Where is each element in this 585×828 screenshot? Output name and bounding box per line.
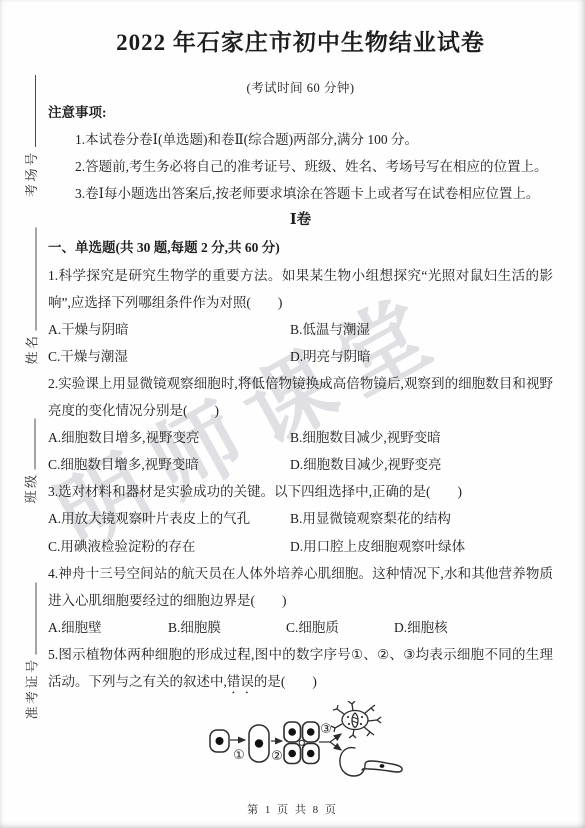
sidebar-field-name: 姓名 xyxy=(19,228,41,365)
option: A.用放大镜观察叶片表皮上的气孔 xyxy=(48,505,290,532)
exam-content: 注意事项: 1.本试卷分卷Ⅰ(单选题)和卷Ⅱ(综合题)两部分,满分 100 分。… xyxy=(48,99,553,789)
sidebar-field-admission-number: 准考证号 xyxy=(19,583,41,720)
page-title: 2022 年石家庄市初中生物结业试卷 xyxy=(48,24,553,57)
circled-step-3: ③ xyxy=(320,722,332,737)
fill-in-line xyxy=(35,419,36,470)
notice-heading: 注意事项: xyxy=(48,99,553,126)
question-2-options: A.细胞数目增多,视野变亮 B.细胞数目减少,视野变暗 xyxy=(48,424,553,451)
option: C.用碘液检验淀粉的存在 xyxy=(48,533,290,560)
divided-cells xyxy=(284,722,319,764)
sidebar-field-class: 班级 xyxy=(18,419,40,504)
sidebar-field-exam-room: 考场号 xyxy=(18,75,40,197)
grown-cell xyxy=(249,725,269,762)
exam-paper-page: 明师课堂 考场号 姓名 班级 准考证号 2022 年石家庄市初中生物结业试卷 (… xyxy=(0,0,585,828)
cell-division-diagram: ① ② ③ xyxy=(205,701,435,789)
question-3-options: C.用碘液检验淀粉的存在 D.用口腔上皮细胞观察叶绿体 xyxy=(48,533,553,560)
option: A.干燥与阴暗 xyxy=(48,316,290,343)
name-label: 姓名 xyxy=(22,333,41,364)
question-4-options: A.细胞壁 B.细胞膜 C.细胞质 D.细胞核 xyxy=(48,614,553,641)
option: D.明亮与阴暗 xyxy=(290,343,553,370)
question-4-stem: 4.神舟十三号空间站的航天员在人体外培养心肌细胞。这种情况下,水和其他营养物质进… xyxy=(48,560,553,614)
notice-item: 2.答题前,考生务必将自己的准考证号、班级、姓名、考场号写在相应的位置上。 xyxy=(48,153,553,180)
option: C.干燥与潮湿 xyxy=(48,343,290,370)
fill-in-line xyxy=(36,583,37,655)
option: A.细胞壁 xyxy=(48,614,168,641)
option: C.细胞数目增多,视野变暗 xyxy=(48,451,290,478)
option: B.细胞膜 xyxy=(168,614,286,641)
question-5-stem: 5.图示植物体两种细胞的形成过程,图中的数字序号①、②、③均表示细胞不同的生理活… xyxy=(48,641,553,697)
exam-duration: (考试时间 60 分钟) xyxy=(48,78,553,96)
initial-cell xyxy=(210,730,229,752)
option: B.用显微镜观察梨花的结构 xyxy=(290,505,553,532)
option: B.低温与潮湿 xyxy=(290,316,553,343)
question-2-stem: 2.实验课上用显微镜观察细胞时,将低倍物镜换成高倍物镜后,观察到的细胞数目和视野… xyxy=(48,370,553,424)
section-heading: 一、单选题(共 30 题,每题 2 分,共 60 分) xyxy=(48,234,553,261)
class-label: 班级 xyxy=(21,472,40,503)
tube-cell xyxy=(340,748,402,776)
question-2-options: C.细胞数目增多,视野变暗 D.细胞数目减少,视野变亮 xyxy=(48,451,553,478)
question-1-options: A.干燥与阴暗 B.低温与潮湿 xyxy=(48,316,553,343)
option: D.细胞核 xyxy=(394,614,553,641)
question-1-options: C.干燥与潮湿 D.明亮与阴暗 xyxy=(48,343,553,370)
notice-item: 1.本试卷分卷Ⅰ(单选题)和卷Ⅱ(综合题)两部分,满分 100 分。 xyxy=(48,126,553,153)
volume-heading: Ⅰ卷 xyxy=(48,207,553,234)
circled-step-1: ① xyxy=(233,748,245,763)
page-number: 第 1 页 共 8 页 xyxy=(0,801,585,817)
option: D.细胞数目减少,视野变亮 xyxy=(290,451,553,478)
question-1-stem: 1.科学探究是研究生物学的重要方法。如果某生物小组想探究“光照对鼠妇生活的影响”… xyxy=(48,262,553,316)
option: A.细胞数目增多,视野变亮 xyxy=(48,424,290,451)
emphasized-word: 错误 xyxy=(227,674,254,689)
option: C.细胞质 xyxy=(286,614,394,641)
question-3-options: A.用放大镜观察叶片表皮上的气孔 B.用显微镜观察梨花的结构 xyxy=(48,505,553,532)
notice-item: 3.卷Ⅰ每小题选出答案后,按老师要求填涂在答题卡上或者写在试卷相应位置上。 xyxy=(48,180,553,207)
question-3-stem: 3.选对材料和器材是实验成功的关键。以下四组选择中,正确的是( ) xyxy=(48,478,553,505)
option: B.细胞数目减少,视野变暗 xyxy=(290,424,553,451)
circled-step-2: ② xyxy=(271,749,283,764)
star-cell xyxy=(331,701,381,738)
exam-room-label: 考场号 xyxy=(21,150,40,197)
fill-in-line xyxy=(36,228,37,331)
fill-in-line xyxy=(35,75,36,147)
option: D.用口腔上皮细胞观察叶绿体 xyxy=(290,533,553,560)
admission-number-label: 准考证号 xyxy=(22,657,41,719)
